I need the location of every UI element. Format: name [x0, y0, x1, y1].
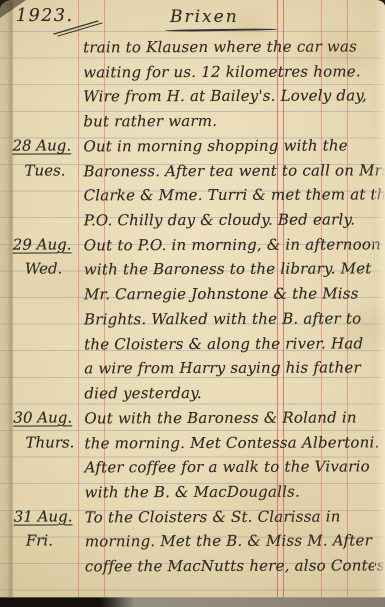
diary-line-text: with the Baroness to the library. Met [84, 260, 372, 279]
diary-line: Tues.Baroness. After tea went to call on… [0, 159, 385, 185]
diary-line-text: Out with the Baroness & Roland in [84, 408, 356, 427]
diary-line-text: died yesterday. [84, 384, 202, 402]
diary-line: Fri.morning. Met the B. & Miss M. After [1, 530, 385, 556]
diary-line: Clarke & Mme. Turri & met them at the [0, 184, 385, 210]
entry-date-label: 29 Aug. [13, 235, 72, 253]
diary-line-text: train to Klausen where the car was [83, 37, 357, 56]
diary-line: Thurs.the morning. Met Contessa Alberton… [0, 431, 385, 457]
diary-line: but rather warm. [0, 109, 384, 135]
diary-line: 31 Aug.To the Cloisters & St. Clarissa i… [1, 505, 385, 531]
photo-background: { "page": { "year": "1923.", "title": "B… [0, 0, 385, 607]
entry-day-label: Tues. [24, 161, 65, 179]
diary-line: Mr. Carnegie Johnstone & the Miss [0, 283, 385, 309]
diary-line: with the B. & MacDougalls. [1, 480, 385, 506]
diary-line-text: Clarke & Mme. Turri & met them at the [84, 186, 385, 205]
diary-line: Brights. Walked with the B. after to [0, 307, 385, 333]
diary-line: Wire from H. at Bailey's. Lovely day, [0, 85, 384, 111]
diary-line-text: a wire from Harry saying his father [84, 359, 361, 378]
diary-line: train to Klausen where the car was [0, 35, 384, 61]
diary-line-text: Mr. Carnegie Johnstone & the Miss [84, 285, 359, 304]
entry-day-label: Thurs. [25, 433, 74, 451]
diary-line: 28 Aug.Out in morning shopping with the [0, 134, 384, 160]
diary-line: Wed.with the Baroness to the library. Me… [0, 258, 385, 284]
entry-date-label: 30 Aug. [13, 408, 72, 426]
entry-day-label: Fri. [26, 532, 53, 550]
diary-line: the Cloisters & along the river. Had [0, 332, 385, 358]
diary-line: After coffee for a walk to the Vivario [1, 456, 385, 482]
pen-flourish-icon [52, 17, 104, 37]
diary-text: train to Klausen where the car was waiti… [0, 35, 385, 580]
diary-line-text: the Cloisters & along the river. Had [84, 334, 363, 353]
diary-line-text: with the B. & MacDougalls. [85, 483, 300, 502]
desk-surface [0, 597, 385, 607]
diary-line-text: waiting for us. 12 kilometres home. [83, 62, 361, 81]
diary-line: 29 Aug.Out to P.O. in morning, & in afte… [0, 233, 385, 259]
diary-photo: 1923. Brixen train to Klausen where the … [0, 0, 385, 607]
entry-day-label: Wed. [25, 260, 63, 278]
diary-line-text: Out to P.O. in morning, & in afternoon [84, 235, 381, 254]
diary-line: 30 Aug.Out with the Baroness & Roland in [0, 406, 385, 432]
diary-line-text: After coffee for a walk to the Vivario [85, 458, 370, 477]
diary-line-text: the morning. Met Contessa Albertoni. [84, 433, 379, 452]
diary-line: died yesterday. [0, 381, 385, 407]
entry-date-label: 28 Aug. [12, 136, 71, 154]
diary-line-text: but rather warm. [83, 112, 217, 130]
diary-line-text: Out in morning shopping with the [83, 136, 347, 155]
diary-line-text: To the Cloisters & St. Clarissa in [85, 507, 341, 526]
entry-date-label: 31 Aug. [14, 507, 73, 525]
diary-line: coffee the MacNutts here, also Contessa [1, 554, 385, 580]
page-title: Brixen [170, 7, 239, 27]
diary-line-text: Brights. Walked with the B. after to [84, 309, 361, 328]
diary-line: waiting for us. 12 kilometres home. [0, 60, 384, 86]
diary-line-text: morning. Met the B. & Miss M. After [85, 532, 372, 551]
diary-line-text: P.O. Chilly day & cloudy. Bed early. [84, 210, 356, 229]
diary-line-text: Baroness. After tea went to call on Mrs [83, 161, 385, 180]
diary-line-text: coffee the MacNutts here, also Contessa [85, 556, 385, 575]
diary-line: a wire from Harry saying his father [0, 357, 385, 383]
page-edge-right [374, 0, 385, 598]
diary-line-text: Wire from H. at Bailey's. Lovely day, [83, 87, 367, 106]
diary-line: P.O. Chilly day & cloudy. Bed early. [0, 208, 385, 234]
notebook-page: 1923. Brixen train to Klausen where the … [0, 0, 385, 598]
